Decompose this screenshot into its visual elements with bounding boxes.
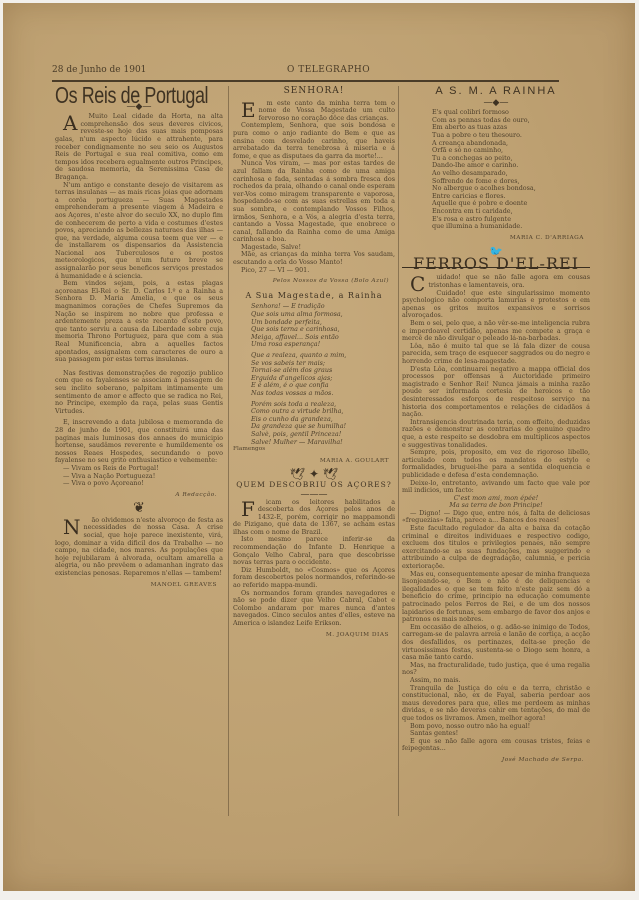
article-title: Os Reis de Portugal [55, 92, 186, 100]
dateline: Pico, 27 — VI — 901. [233, 267, 395, 275]
drop-cap: F [233, 500, 255, 518]
paragraph: Este facultado regulador da alta e baixa… [402, 525, 590, 571]
paragraph: Nas festivas demonstrações de regozijo p… [55, 370, 223, 416]
poem: Senhora! — E tradição Que sois uma alma … [233, 303, 395, 446]
paragraph: Deixe-lo, entretanto, avivando um facto … [402, 480, 590, 495]
poem: E's qual colibri formoso Com as pennas t… [402, 109, 590, 231]
paragraph: Os normandos foram grandes navegadores e… [233, 590, 395, 628]
signature: José Machado de Serpa. [402, 757, 584, 765]
flourish-ornament-icon: ❦ [55, 505, 223, 513]
verse-line: Uma rosa esperança! [251, 341, 395, 349]
paragraph: Muito Leal cidade da Horta, na alta comp… [55, 112, 223, 181]
page-header: 28 de Junho de 1901 O TELEGRAPHO [52, 62, 559, 80]
paragraph: Diz Humboldt, no «Cosmos» que os Açores … [233, 567, 395, 590]
column-senhora: SENHORA! Em este canto da minha terra te… [233, 86, 395, 645]
paragraph: N'um antigo e constante desejo de visita… [55, 182, 223, 281]
divider-line: ——— [233, 493, 395, 497]
paragraph: Intransigencia doutrinada teria, com eff… [402, 419, 590, 449]
drop-cap: N [55, 518, 81, 536]
paragraph: E que se não falle agora em cousas trist… [402, 738, 590, 753]
paragraph: icam os leitores habilitados a descobert… [233, 498, 395, 536]
paragraph: Sempre, pois, proposito, em vez de rigor… [402, 449, 590, 479]
drop-cap: C [402, 275, 425, 293]
signature: MANOEL GREAVES [55, 582, 217, 590]
paragraph: Nunca Vos viram, — mas por estas tardes … [233, 160, 395, 244]
paragraph: Contemplem, Senhora, que sois bondosa e … [233, 122, 395, 160]
birds-ornament-icon: 🕊 ✦ 🕊 [233, 471, 395, 479]
paragraph: Mas, na fracturalidade, tudo justiça, qu… [402, 662, 590, 677]
paragraph: uidado! que se não falle agora em cousas… [428, 273, 590, 289]
paragraph: Bem vindos sejam, pois, a estas plagas a… [55, 280, 223, 364]
paragraph: Mãe, as crianças da minha terra Vos saud… [233, 251, 395, 266]
signature: Pelos Nossos da Vossa (Bolo Azul) [233, 278, 389, 286]
signature: A Redacção. [55, 492, 217, 500]
column-reis-de-portugal: Os Reis de Portugal —◆— AMuito Leal cida… [55, 86, 223, 595]
verse-line: que illumina a humanidade. [432, 223, 590, 231]
column-rainha-ferros: A S. M. A RAINHA —◆— E's qual colibri fo… [402, 86, 590, 770]
paragraph: Mas eu, consequentemente apesar de minha… [402, 571, 590, 624]
verse-line: Nas todas vossas a mãos. [251, 390, 395, 398]
paragraph: m este canto da minha terra tem o nome d… [259, 99, 395, 122]
paragraph: Cuidado! que este singularissimo momento… [402, 290, 590, 320]
issue-date: 28 de Junho de 1901 [52, 65, 146, 75]
paragraph: E, inscrevendo a data jubilosa e memoran… [55, 419, 223, 465]
drop-cap: E [233, 101, 256, 119]
article-title: QUEM DESCOBRIU OS AÇORES? [233, 481, 395, 489]
column-divider [228, 86, 229, 816]
paragraph: D'esta Lôa, continuarei negativo a mappa… [402, 366, 590, 419]
place-name: Flamengos [233, 446, 395, 454]
article-title: SENHORA! [233, 88, 395, 96]
drop-cap: A [55, 114, 77, 132]
signature: MARIA A. GOULART [233, 458, 389, 466]
paragraph: Em occasião de alheios, o g. adão-se ini… [402, 624, 590, 662]
paragraph: Tranquila de Justiça do céu e da terra, … [402, 685, 590, 723]
poem-title: A Sua Magestade, a Rainha [233, 292, 395, 300]
paragraph: — Digno! — Digo que, entre nós, á falta … [402, 510, 590, 525]
cheer-line: — Viva o povo Açoreano! [55, 480, 223, 488]
paragraph: Isto mesmo parece inferir-se da recommen… [233, 536, 395, 566]
newspaper-name: O TELEGRAPHO [287, 65, 370, 75]
column-divider [398, 86, 399, 816]
signature: MARIA C. D'ARRIAGA [402, 235, 584, 243]
signature: M. JOAQUIM DIAS [233, 632, 389, 640]
ornament-divider-icon: —◆— [402, 100, 590, 108]
article-title: FERROS D'EL-REI [402, 260, 590, 269]
article-title: A S. M. A RAINHA [402, 88, 590, 96]
verse-line: Salve! Mulher — Maravilha! [251, 439, 395, 447]
paragraph: Lôa, não é muito tal que se lá fala dize… [402, 343, 590, 366]
paragraph: Bem o sei, pelo que, a não vêr-se-me int… [402, 320, 590, 343]
